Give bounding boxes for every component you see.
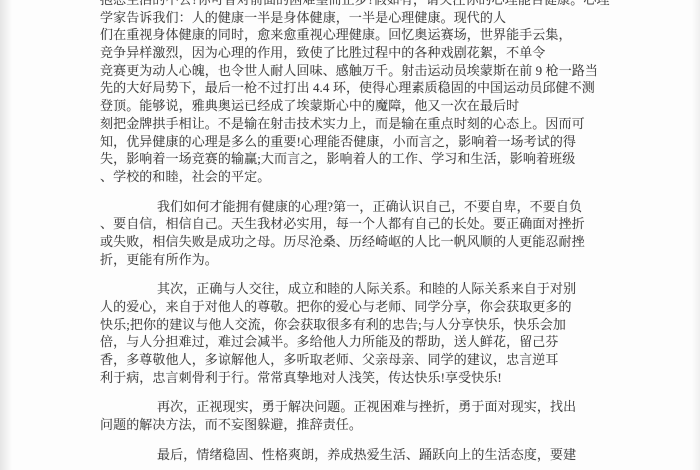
scanned-document-page: 抱怨生活的不公?你可曾对前面的困难望而止步?假如有，请关注你的心理能否健康。心理…	[0, 0, 700, 470]
paragraph-gap	[100, 186, 660, 198]
text-line: 刻把金牌拱手相让。不是输在射击技术实力上，而是输在重点时刻的心态上。因而可	[100, 115, 660, 133]
text-line: 失，影响着一场竞赛的输赢;大而言之，影响着人的工作、学习和生活，影响着班级	[100, 150, 660, 168]
text-line: 、学校的和睦，社会的平定。	[100, 168, 660, 186]
text-line: 们在重视身体健康的同时，愈来愈重视心理健康。回忆奥运赛场，世界能手云集，	[100, 26, 660, 44]
text-line: 竞争异样激烈，因为心理的作用，致使了比胜过程中的各种戏剧花絮，不单令	[100, 44, 660, 62]
text-line: 或失败，相信失败是成功之母。历尽沧桑、历经崎岖的人比一帆风顺的人更能忍耐挫	[100, 233, 660, 251]
paragraph-gap	[100, 268, 660, 280]
text-line: 再次，正视现实，勇于解决问题。正视困难与挫折，勇于面对现实，找出	[100, 398, 660, 416]
text-line: 快乐;把你的建议与他人交流，你会获取很多有利的忠告;与人分享快乐，快乐会加	[100, 316, 660, 334]
text-line: 竞赛更为动人心魄，也令世人耐人回味、感触万千。射击运动员埃蒙斯在前 9 枪一路当	[100, 62, 660, 80]
text-line: 人的爱心，来自于对他人的尊敬。把你的爱心与老师、同学分享，你会获取更多的	[100, 298, 660, 316]
text-line: 抱怨生活的不公?你可曾对前面的困难望而止步?假如有，请关注你的心理能否健康。心理	[100, 0, 660, 9]
text-line: 学家告诉我们：人的健康一半是身体健康，一半是心理健康。现代的人	[100, 9, 660, 27]
text-line: 、要自信，相信自己。天生我材必实用，每一个人都有自己的长处。要正确面对挫折	[100, 215, 660, 233]
text-line: 折，更能有所作为。	[100, 251, 660, 269]
text-line: 倍，与人分担难过，难过会减半。多给他人力所能及的帮助，送人鲜花，留己芬	[100, 333, 660, 351]
paragraph-gap	[100, 386, 660, 398]
text-line: 其次，正确与人交往，成立和睦的人际关系。和睦的人际关系来自于对别	[100, 280, 660, 298]
text-line: 问题的解决方法，而不妄图躲避，推辞责任。	[100, 416, 660, 434]
text-line: 知，优异健康的心理是多么的重要!心理能否健康，小而言之，影响着一场考试的得	[100, 133, 660, 151]
document-lines: 抱怨生活的不公?你可曾对前面的困难望而止步?假如有，请关注你的心理能否健康。心理…	[100, 0, 660, 464]
text-line: 登顶。能够说，雅典奥运已经成了埃蒙斯心中的魔障，他又一次在最后时	[100, 97, 660, 115]
text-line: 香，多尊敬他人，多谅解他人，多听取老师、父亲母亲、同学的建议，忠言逆耳	[100, 351, 660, 369]
paragraph-gap	[100, 434, 660, 446]
text-line: 利于病，忠言刺骨利于行。常常真挚地对人浅笑，传达快乐!享受快乐!	[100, 369, 660, 387]
text-line: 先的大好局势下，最后一枪不过打出 4.4 环，使得心理素质稳固的中国运动员邱健不…	[100, 79, 660, 97]
text-line: 最后，情绪稳固、性格爽朗，养成热爱生活、踊跃向上的生活态度，要建	[100, 446, 660, 464]
text-line: 我们如何才能拥有健康的心理?第一，正确认识自己，不要自卑，不要自负	[100, 198, 660, 216]
